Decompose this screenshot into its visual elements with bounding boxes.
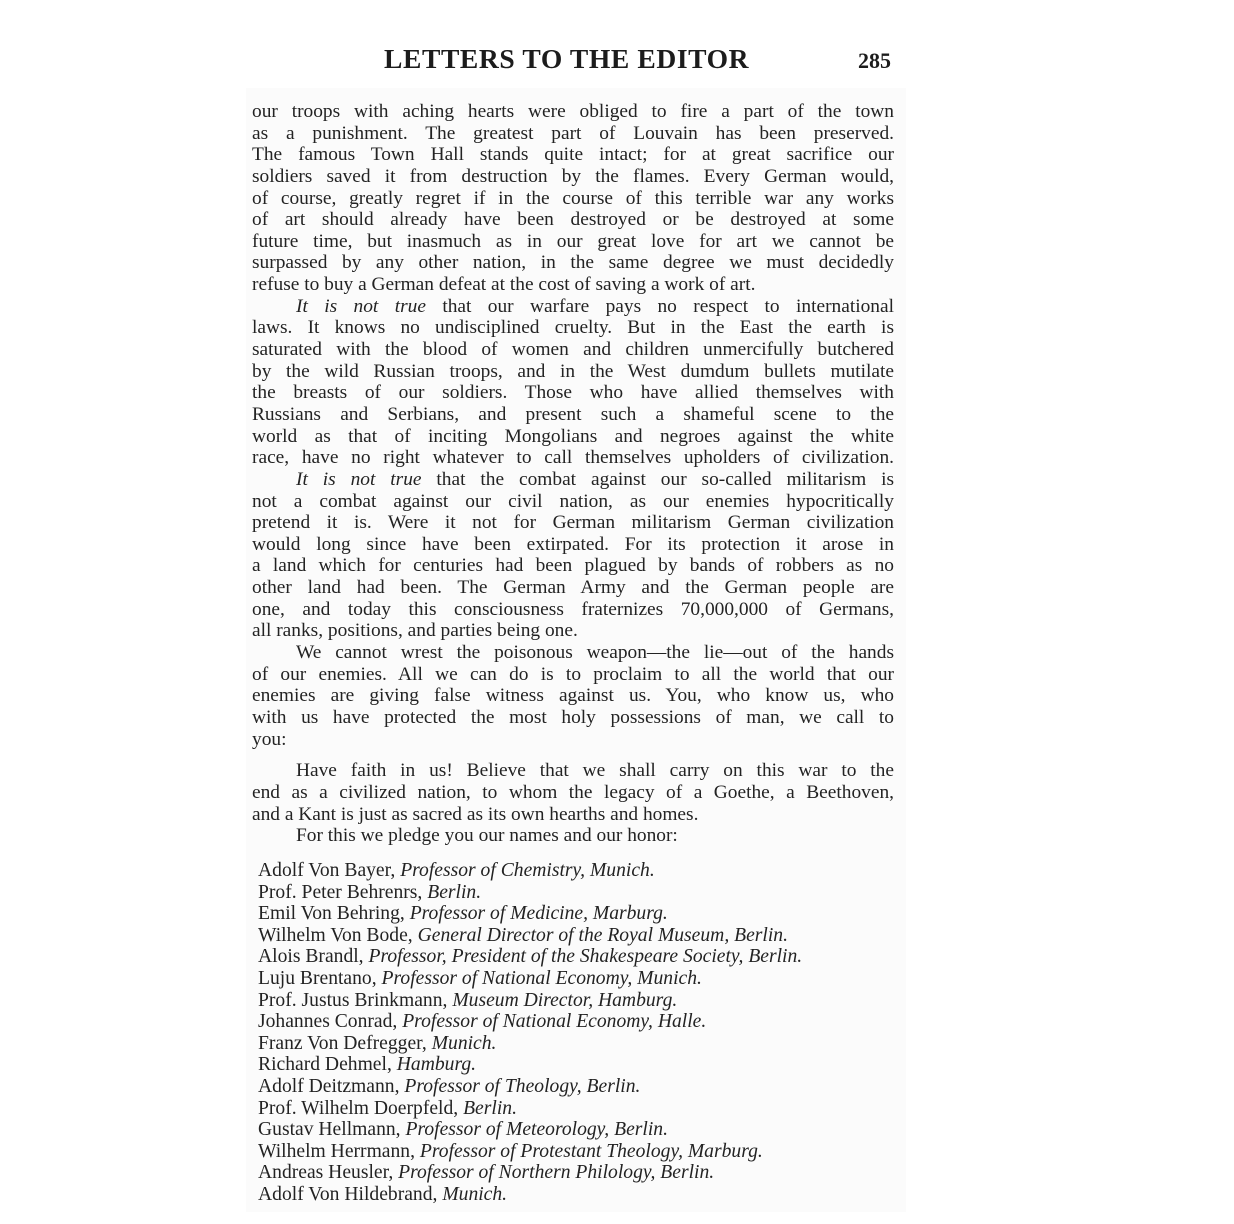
text-line: end as a civilized nation, to whom the l…	[252, 782, 894, 804]
signatory: Johannes Conrad, Professor of National E…	[258, 1011, 918, 1033]
signatory: Prof. Justus Brinkmann, Museum Director,…	[258, 990, 918, 1012]
signatory-name: Alois Brandl,	[258, 946, 364, 967]
text-line: and a Kant is just as sacred as its own …	[252, 804, 894, 826]
text-line: one, and today this consciousness frater…	[252, 599, 894, 621]
text-line: laws. It knows no undisciplined cruelty.…	[252, 317, 894, 339]
signatory: Wilhelm Herrmann, Professor of Protestan…	[258, 1141, 918, 1163]
signatory-name: Wilhelm Von Bode,	[258, 925, 413, 946]
text-line: For this we pledge you our names and our…	[252, 825, 894, 847]
page-header: LETTERS TO THE EDITOR 285	[246, 44, 906, 84]
text-line: surpassed by any other nation, in the sa…	[252, 252, 894, 274]
signatory-title: Professor, President of the Shakespeare …	[369, 946, 803, 967]
text-line: other land had been. The German Army and…	[252, 577, 894, 599]
signatory-name: Johannes Conrad,	[258, 1011, 397, 1032]
signatory: Gustav Hellmann, Professor of Meteorolog…	[258, 1119, 918, 1141]
paragraph: It is not true that our warfare pays no …	[252, 296, 894, 469]
text-line: world as that of inciting Mongolians and…	[252, 426, 894, 448]
signatory-title: Professor of Northern Philology, Berlin.	[398, 1162, 714, 1183]
signatory-name: Prof. Wilhelm Doerpfeld,	[258, 1098, 458, 1119]
signatory-title: General Director of the Royal Museum, Be…	[418, 925, 788, 946]
signatory-list: Adolf Von Bayer, Professor of Chemistry,…	[258, 860, 918, 1206]
page-number: 285	[858, 48, 891, 74]
text-line: our troops with aching hearts were oblig…	[252, 101, 894, 123]
signatory-name: Wilhelm Herrmann,	[258, 1141, 415, 1162]
signatory-name: Prof. Justus Brinkmann,	[258, 990, 447, 1011]
signatory: Prof. Wilhelm Doerpfeld, Berlin.	[258, 1098, 918, 1120]
text-line: The famous Town Hall stands quite intact…	[252, 144, 894, 166]
signatory-name: Adolf Von Hildebrand,	[258, 1184, 437, 1205]
signatory-title: Hamburg.	[397, 1054, 476, 1075]
text-line: of our enemies. All we can do is to proc…	[252, 664, 894, 686]
signatory-title: Munich.	[432, 1033, 497, 1054]
signatory-title: Berlin.	[463, 1098, 517, 1119]
signatory-name: Adolf Von Bayer,	[258, 860, 395, 881]
signatory-name: Emil Von Behring,	[258, 903, 405, 924]
signatory-title: Munich.	[442, 1184, 507, 1205]
text-line: race, have no right whatever to call the…	[252, 447, 894, 469]
text-line: as a punishment. The greatest part of Lo…	[252, 123, 894, 145]
text-line: all ranks, positions, and parties being …	[252, 620, 894, 642]
signatory-name: Richard Dehmel,	[258, 1054, 392, 1075]
text-line: refuse to buy a German defeat at the cos…	[252, 274, 894, 296]
signatory-title: Professor of National Economy, Munich.	[382, 968, 702, 989]
signatory: Alois Brandl, Professor, President of th…	[258, 946, 918, 968]
text-line: you:	[252, 729, 894, 751]
italic-lead: It is not true	[296, 469, 422, 490]
paragraph: Have faith in us! Believe that we shall …	[252, 760, 894, 825]
signatory: Adolf Von Hildebrand, Munich.	[258, 1184, 918, 1206]
text-line: of course, greatly regret if in the cour…	[252, 188, 894, 210]
text-line: Russians and Serbians, and present such …	[252, 404, 894, 426]
signatory-title: Professor of Protestant Theology, Marbur…	[420, 1141, 763, 1162]
text-line: soldiers saved it from destruction by th…	[252, 166, 894, 188]
text-line: enemies are giving false witness against…	[252, 685, 894, 707]
text-line: future time, but inasmuch as in our grea…	[252, 231, 894, 253]
text-line: the breasts of our soldiers. Those who h…	[252, 382, 894, 404]
signatory-name: Prof. Peter Behrenrs,	[258, 882, 422, 903]
paragraph: We cannot wrest the poisonous weapon—the…	[252, 642, 894, 750]
signatory: Wilhelm Von Bode, General Director of th…	[258, 925, 918, 947]
text-line: a land which for centuries had been plag…	[252, 555, 894, 577]
signatory-title: Professor of Meteorology, Berlin.	[405, 1119, 668, 1140]
signatory: Emil Von Behring, Professor of Medicine,…	[258, 903, 918, 925]
signatory-title: Professor of Theology, Berlin.	[404, 1076, 640, 1097]
italic-lead: It is not true	[296, 296, 426, 317]
text-line: by the wild Russian troops, and in the W…	[252, 361, 894, 383]
paragraph: For this we pledge you our names and our…	[252, 825, 894, 847]
signatory: Adolf Von Bayer, Professor of Chemistry,…	[258, 860, 918, 882]
signatory-title: Professor of Chemistry, Munich.	[400, 860, 655, 881]
text-line: saturated with the blood of women and ch…	[252, 339, 894, 361]
signatory-name: Adolf Deitzmann,	[258, 1076, 399, 1097]
text-line: We cannot wrest the poisonous weapon—the…	[252, 642, 894, 664]
text-line: It is not true that the combat against o…	[252, 469, 894, 491]
signatory-title: Museum Director, Hamburg.	[452, 990, 677, 1011]
paragraph: It is not true that the combat against o…	[252, 469, 894, 642]
text-line: It is not true that our warfare pays no …	[252, 296, 894, 318]
signatory-name: Franz Von Defregger,	[258, 1033, 427, 1054]
text-line: pretend it is. Were it not for German mi…	[252, 512, 894, 534]
signatory: Adolf Deitzmann, Professor of Theology, …	[258, 1076, 918, 1098]
running-head: LETTERS TO THE EDITOR	[384, 44, 749, 75]
signatory-title: Berlin.	[427, 882, 481, 903]
signatory: Prof. Peter Behrenrs, Berlin.	[258, 882, 918, 904]
text-line: not a combat against our civil nation, a…	[252, 491, 894, 513]
signatory: Franz Von Defregger, Munich.	[258, 1033, 918, 1055]
signatory-name: Andreas Heusler,	[258, 1162, 393, 1183]
signatory: Andreas Heusler, Professor of Northern P…	[258, 1162, 918, 1184]
letter-body: our troops with aching hearts were oblig…	[252, 101, 894, 847]
signatory-name: Luju Brentano,	[258, 968, 377, 989]
signatory-title: Professor of Medicine, Marburg.	[410, 903, 668, 924]
paragraph: our troops with aching hearts were oblig…	[252, 101, 894, 296]
signatory-title: Professor of National Economy, Halle.	[402, 1011, 706, 1032]
text-line: Have faith in us! Believe that we shall …	[252, 760, 894, 782]
text-line: of art should already have been destroye…	[252, 209, 894, 231]
text-line: with us have protected the most holy pos…	[252, 707, 894, 729]
signatory: Luju Brentano, Professor of National Eco…	[258, 968, 918, 990]
text-line: would long since have been extirpated. F…	[252, 534, 894, 556]
signatory-name: Gustav Hellmann,	[258, 1119, 401, 1140]
signatory: Richard Dehmel, Hamburg.	[258, 1054, 918, 1076]
